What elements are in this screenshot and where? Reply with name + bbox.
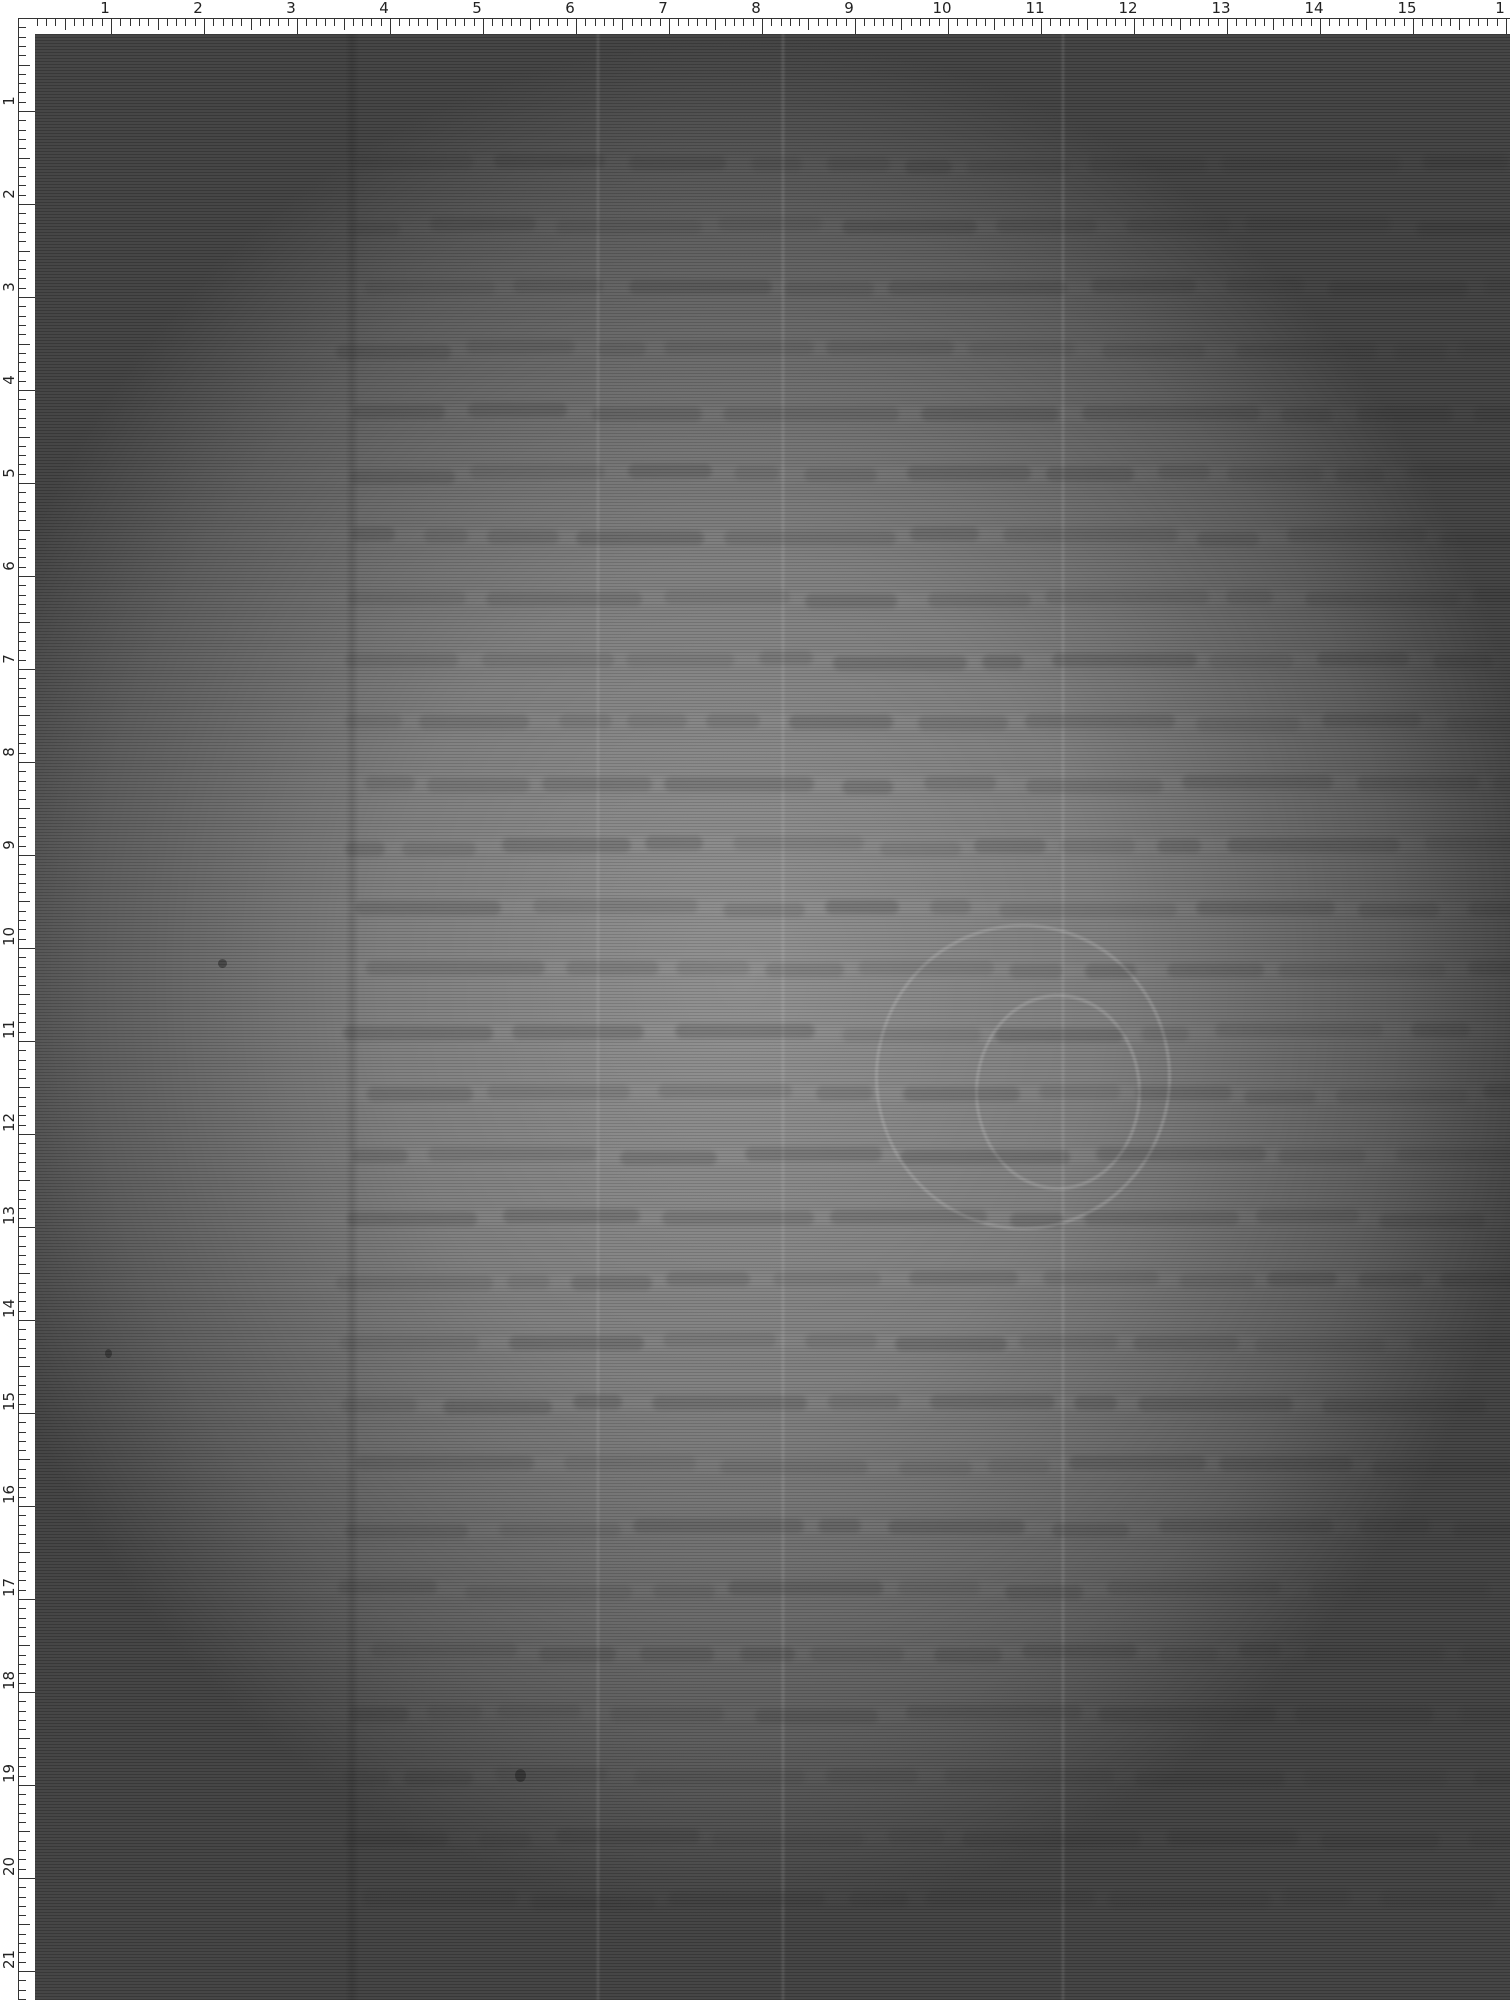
- ruler-tick: [18, 1320, 35, 1321]
- ruler-tick: [18, 920, 26, 921]
- ruler-tick: [790, 19, 791, 26]
- ruler-label: 3: [0, 279, 18, 295]
- ruler-tick: [18, 1366, 30, 1367]
- ruler-tick: [18, 1757, 26, 1758]
- ruler-tick: [18, 139, 26, 140]
- ruler-tick: [1413, 19, 1414, 34]
- ruler-tick: [18, 381, 26, 382]
- ruler-tick: [781, 19, 782, 26]
- ruler-tick: [18, 418, 26, 419]
- ruler-tick: [994, 19, 995, 30]
- ruler-tick: [18, 1850, 26, 1851]
- ruler-tick: [185, 19, 186, 26]
- ruler-tick: [18, 27, 26, 28]
- ruler-tick: [446, 19, 447, 26]
- ruler-tick: [1478, 19, 1479, 26]
- ruler-tick: [18, 1506, 35, 1507]
- ruler-tick: [18, 1143, 26, 1144]
- ruler-tick: [316, 19, 317, 26]
- ruler-tick: [18, 1729, 26, 1730]
- ruler-tick: [18, 1711, 26, 1712]
- ruler-tick: [18, 818, 26, 819]
- ruler-tick: [18, 697, 26, 698]
- ruler-tick: [18, 1906, 26, 1907]
- ruler-tick: [18, 781, 26, 782]
- ruler-tick: [1032, 19, 1033, 26]
- ruler-tick: [269, 19, 270, 26]
- ruler-tick: [148, 19, 149, 26]
- ruler-label: 4: [0, 372, 18, 388]
- ruler-tick: [18, 1590, 26, 1591]
- ruler-tick: [688, 19, 689, 26]
- ruler-tick: [18, 1404, 26, 1405]
- ruler-tick: [18, 1785, 35, 1786]
- ruler-tick: [855, 19, 856, 34]
- ruler-tick: [18, 1413, 35, 1414]
- ruler-tick: [762, 19, 763, 34]
- ruler-tick: [18, 325, 26, 326]
- ruler-tick: [18, 1701, 26, 1702]
- ruler-tick: [167, 19, 168, 26]
- ruler-tick: [18, 399, 26, 400]
- ruler-tick: [390, 19, 391, 34]
- ruler-tick: [967, 19, 968, 26]
- ruler-tick: [139, 19, 140, 26]
- ruler-tick: [846, 19, 847, 26]
- ruler-tick: [1329, 19, 1330, 26]
- ruler-tick: [18, 976, 26, 977]
- ruler-tick: [1357, 19, 1358, 26]
- ruler-tick: [18, 1934, 26, 1935]
- ruler-tick: [1004, 19, 1005, 26]
- ruler-label: 15: [0, 1395, 18, 1411]
- ruler-tick: [232, 19, 233, 26]
- ruler-tick: [334, 19, 335, 26]
- ruler-tick: [18, 65, 30, 66]
- ruler-tick: [1060, 19, 1061, 26]
- ruler-tick: [195, 19, 196, 26]
- ruler-tick: [18, 1199, 26, 1200]
- ruler-tick: [65, 19, 66, 30]
- ruler-tick: [557, 19, 558, 26]
- ruler-tick: [18, 1329, 26, 1330]
- ruler-tick: [18, 502, 26, 503]
- ruler-tick: [297, 19, 298, 34]
- ruler-tick: [18, 111, 35, 112]
- ruler-tick: [18, 334, 26, 335]
- ruler-tick: [18, 939, 26, 940]
- ruler-tick: [18, 278, 26, 279]
- ruler-tick: [18, 362, 26, 363]
- ruler-tick: [483, 19, 484, 34]
- ruler-tick: [18, 1013, 26, 1014]
- ruler-label: 2: [0, 186, 18, 202]
- ruler-tick: [18, 1813, 26, 1814]
- ruler-tick: [743, 19, 744, 26]
- ruler-label: 6: [0, 558, 18, 574]
- ruler-tick: [1469, 19, 1470, 26]
- ruler-tick: [18, 1990, 26, 1991]
- ruler-tick: [18, 1134, 35, 1135]
- ruler-tick: [715, 19, 716, 30]
- ruler-tick: [18, 901, 30, 902]
- ruler-tick: [1487, 19, 1488, 26]
- ruler-tick: [18, 344, 30, 345]
- ruler-tick: [632, 19, 633, 26]
- ruler-tick: [1227, 19, 1228, 34]
- ruler-tick: [18, 437, 30, 438]
- ruler-tick: [18, 967, 26, 968]
- ruler-tick: [864, 19, 865, 26]
- ruler-tick: [18, 37, 26, 38]
- ruler-tick: [1069, 19, 1070, 26]
- ruler-tick: [502, 19, 503, 26]
- ruler-tick: [641, 19, 642, 26]
- ruler-tick: [18, 1153, 26, 1154]
- ruler-label: 13: [1211, 0, 1230, 16]
- ruler-tick: [725, 19, 726, 26]
- ruler-tick: [18, 1655, 26, 1656]
- ruler-tick: [1097, 19, 1098, 26]
- ruler-label: 11: [1025, 0, 1044, 16]
- ruler-tick: [18, 1497, 26, 1498]
- ruler-tick: [1143, 19, 1144, 26]
- ruler-tick: [111, 19, 112, 34]
- ruler-tick: [18, 353, 26, 354]
- ruler-tick: [771, 19, 772, 26]
- ruler-tick: [520, 19, 521, 26]
- ruler-label: 6: [565, 0, 575, 16]
- ruler-label: 12: [0, 1116, 18, 1132]
- ruler-tick: [18, 539, 26, 540]
- ruler-tick: [399, 19, 400, 26]
- ruler-baseline-horizontal: [18, 18, 1510, 19]
- ruler-tick: [18, 1971, 35, 1972]
- ruler-tick: [18, 241, 26, 242]
- ruler-tick: [18, 1562, 26, 1563]
- ruler-tick: [1404, 19, 1405, 26]
- ruler-tick: [474, 19, 475, 26]
- ruler-tick: [18, 688, 26, 689]
- ruler-label: 14: [1304, 0, 1323, 16]
- ruler-tick: [18, 1292, 26, 1293]
- ruler-tick: [260, 19, 261, 26]
- ruler-tick: [660, 19, 661, 26]
- ruler-label: 14: [0, 1302, 18, 1318]
- ruler-tick: [18, 1208, 26, 1209]
- ruler-tick: [18, 1664, 26, 1665]
- ruler-tick: [1283, 19, 1284, 26]
- ruler-tick: [18, 1869, 26, 1870]
- ruler-tick: [18, 1450, 26, 1451]
- ruler-tick: [18, 827, 26, 828]
- ruler-tick: [1348, 19, 1349, 26]
- ruler-tick: [18, 1125, 26, 1126]
- ruler-tick: [18, 1794, 26, 1795]
- ruler-tick: [18, 148, 26, 149]
- ruler-tick: [18, 808, 30, 809]
- ruler-tick: [18, 1283, 26, 1284]
- ruler-tick: [1264, 19, 1265, 26]
- ruler-tick: [18, 1692, 35, 1693]
- ruler-tick: [18, 1339, 26, 1340]
- ruler-tick: [437, 19, 438, 30]
- ruler-tick: [808, 19, 809, 30]
- ruler-tick: [1190, 19, 1191, 26]
- ruler-tick: [130, 19, 131, 26]
- ruler-tick: [1311, 19, 1312, 26]
- ruler-label: 3: [286, 0, 296, 16]
- ruler-tick: [92, 19, 93, 26]
- ruler-tick: [464, 19, 465, 26]
- ruler-tick: [18, 232, 26, 233]
- ruler-tick: [18, 994, 30, 995]
- ruler-tick: [18, 911, 26, 912]
- ruler-tick: [251, 19, 252, 30]
- ruler-tick: [18, 1236, 26, 1237]
- ruler-tick: [18, 1097, 26, 1098]
- ruler-tick: [18, 92, 26, 93]
- ruler-tick: [18, 548, 26, 549]
- ruler-tick: [799, 19, 800, 26]
- ruler-label: 10: [932, 0, 951, 16]
- ruler-tick: [18, 83, 26, 84]
- ruler-tick: [427, 19, 428, 26]
- ruler-tick: [678, 19, 679, 26]
- ruler-tick: [753, 19, 754, 26]
- ruler-tick: [18, 846, 26, 847]
- ruler-tick: [362, 19, 363, 26]
- ruler-tick: [1459, 19, 1460, 30]
- ruler-tick: [1180, 19, 1181, 30]
- ruler-tick: [18, 185, 26, 186]
- ruler-tick: [18, 790, 26, 791]
- ruler-tick: [511, 19, 512, 26]
- ruler-tick: [920, 19, 921, 26]
- ruler-tick: [213, 19, 214, 26]
- ruler-tick: [18, 1459, 30, 1460]
- ruler-tick: [1506, 19, 1507, 34]
- ruler-tick: [1255, 19, 1256, 26]
- ruler-tick: [18, 1348, 26, 1349]
- ruler-tick: [1394, 19, 1395, 26]
- ruler-label: 8: [0, 744, 18, 760]
- ruler-tick: [18, 1180, 30, 1181]
- ruler-tick: [1385, 19, 1386, 26]
- ruler-label: 13: [0, 1209, 18, 1225]
- ruler-tick: [530, 19, 531, 30]
- ruler-label: 7: [0, 651, 18, 667]
- ruler-tick: [18, 511, 26, 512]
- ruler-tick: [46, 19, 47, 26]
- ruler-tick: [18, 223, 26, 224]
- ruler-tick: [18, 743, 26, 744]
- ruler-label: 20: [0, 1860, 18, 1876]
- ruler-tick: [18, 948, 35, 949]
- ruler-label: 4: [379, 0, 389, 16]
- ruler-label: 5: [0, 465, 18, 481]
- ruler-tick: [18, 251, 30, 252]
- ruler-tick: [18, 706, 26, 707]
- ruler-tick: [18, 622, 30, 623]
- ruler-tick: [18, 1227, 35, 1228]
- ruler-tick: [18, 1776, 26, 1777]
- ruler-label: 5: [472, 0, 482, 16]
- ruler-tick: [18, 1032, 26, 1033]
- ruler-tick: [595, 19, 596, 26]
- ruler-tick: [1450, 19, 1451, 26]
- ruler-tick: [669, 19, 670, 34]
- ruler-tick: [18, 1822, 26, 1823]
- ruler-tick: [1041, 19, 1042, 34]
- ruler-tick: [18, 1385, 26, 1386]
- ruler-tick: [929, 19, 930, 26]
- ruler-tick: [18, 1478, 26, 1479]
- ruler-tick: [1292, 19, 1293, 26]
- ruler-tick: [18, 669, 35, 670]
- ruler-label: 9: [844, 0, 854, 16]
- ruler-tick: [18, 409, 26, 410]
- ruler-tick: [18, 1301, 26, 1302]
- ruler-tick: [18, 1720, 26, 1721]
- ruler-tick: [18, 734, 26, 735]
- ruler-tick: [1246, 19, 1247, 26]
- ruler-tick: [1320, 19, 1321, 34]
- ruler-tick: [18, 567, 26, 568]
- ruler-tick: [18, 1218, 26, 1219]
- ruler-tick: [18, 297, 35, 298]
- ruler-tick: [1273, 19, 1274, 30]
- ruler-tick: [650, 19, 651, 26]
- ruler-tick: [18, 46, 26, 47]
- ruler-tick: [18, 130, 26, 131]
- ruler-tick: [892, 19, 893, 26]
- ruler-tick: [18, 1636, 26, 1637]
- ruler-tick: [18, 213, 26, 214]
- ruler-tick: [18, 1050, 26, 1051]
- ruler-tick: [18, 483, 35, 484]
- ruler-tick: [18, 874, 26, 875]
- ruler-tick: [176, 19, 177, 26]
- ruler-tick: [18, 1515, 26, 1516]
- ruler-label: 9: [0, 837, 18, 853]
- ruler-tick: [381, 19, 382, 26]
- ruler-tick: [1199, 19, 1200, 26]
- ruler-tick: [102, 19, 103, 26]
- ruler-tick: [18, 520, 26, 521]
- ruler-tick: [18, 55, 26, 56]
- ruler-tick: [1134, 19, 1135, 34]
- ruler-tick: [18, 836, 26, 837]
- ruler-tick: [18, 678, 26, 679]
- ruler-tick: [18, 1255, 26, 1256]
- ruler-tick: [55, 19, 56, 26]
- ruler-label: 19: [0, 1767, 18, 1783]
- ruler-tick: [18, 650, 26, 651]
- ruler-tick: [18, 288, 26, 289]
- ruler-tick: [1162, 19, 1163, 26]
- ruler-tick: [18, 464, 26, 465]
- ruler-tick: [18, 1469, 26, 1470]
- ruler-tick: [18, 1952, 26, 1953]
- ruler-tick: [18, 985, 26, 986]
- ruler-tick: [18, 1357, 26, 1358]
- ruler-label: 1: [100, 0, 110, 16]
- ruler-label: 2: [193, 0, 203, 16]
- ruler-tick: [492, 19, 493, 26]
- ruler-tick: [37, 19, 38, 26]
- ruler-tick: [1339, 19, 1340, 26]
- ruler-tick: [18, 1599, 35, 1600]
- ruler-tick: [18, 492, 26, 493]
- ruler-tick: [901, 19, 902, 30]
- ruler-label: 1: [0, 93, 18, 109]
- ruler-tick: [18, 771, 26, 772]
- ruler-tick: [1153, 19, 1154, 26]
- ruler-tick: [18, 1376, 26, 1377]
- ruler-tick: [204, 19, 205, 34]
- ruler-tick: [18, 1980, 26, 1981]
- ruler-tick: [18, 1264, 26, 1265]
- ruler-tick: [18, 557, 26, 558]
- ruler-tick: [585, 19, 586, 26]
- ruler-tick: [18, 316, 26, 317]
- ruler-tick: [18, 1831, 30, 1832]
- ruler-tick: [18, 1534, 26, 1535]
- ruler-tick: [18, 195, 26, 196]
- ruler-tick: [18, 167, 26, 168]
- ruler-tick: [18, 1273, 30, 1274]
- ruler-tick: [18, 929, 26, 930]
- ruler-tick: [18, 1078, 26, 1079]
- ruler-tick: [18, 576, 35, 577]
- ruler-tick: [1236, 19, 1237, 26]
- ruler-tick: [18, 1887, 26, 1888]
- ruler-tick: [18, 176, 26, 177]
- ruler-tick: [1218, 19, 1219, 26]
- ruler-tick: [1050, 19, 1051, 26]
- ruler-tick: [1301, 19, 1302, 26]
- ruler-tick: [1022, 19, 1023, 26]
- ruler-tick: [985, 19, 986, 26]
- ruler-baseline-vertical: [18, 18, 19, 2000]
- ruler-tick: [1422, 19, 1423, 26]
- ruler-tick: [18, 1525, 26, 1526]
- ruler-tick: [1366, 19, 1367, 30]
- ruler-tick: [18, 1608, 26, 1609]
- ruler-tick: [18, 1897, 26, 1898]
- ruler-tick: [18, 530, 30, 531]
- ruler-tick: [706, 19, 707, 26]
- ruler-tick: [83, 19, 84, 26]
- ruler-tick: [18, 427, 26, 428]
- ruler-tick: [18, 120, 26, 121]
- ruler-tick: [18, 1748, 26, 1749]
- ruler-tick: [353, 19, 354, 26]
- ruler-tick: [1376, 19, 1377, 26]
- ruler-tick: [18, 1580, 26, 1581]
- ruler-tick: [948, 19, 949, 34]
- ruler-tick: [18, 1627, 26, 1628]
- ruler-tick: [18, 455, 26, 456]
- ruler-tick: [18, 371, 26, 372]
- ruler-tick: [911, 19, 912, 26]
- ruler-tick: [18, 762, 35, 763]
- ruler-tick: [18, 1190, 26, 1191]
- ruler-tick: [18, 883, 26, 884]
- ruler-tick: [18, 1441, 26, 1442]
- ruler-tick: [613, 19, 614, 26]
